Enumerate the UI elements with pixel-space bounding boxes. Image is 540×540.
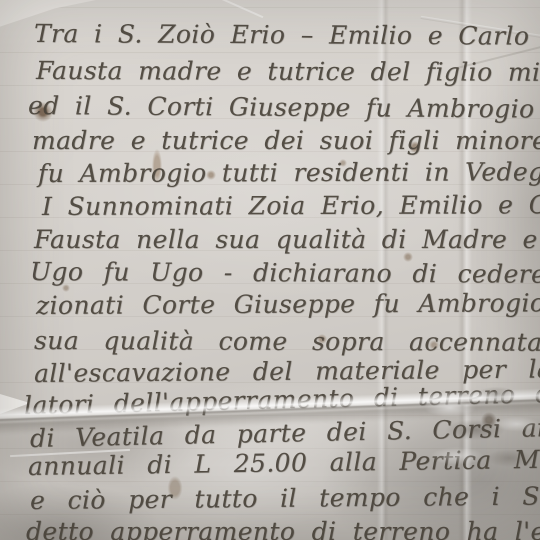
- handwritten-line: ed il S. Corti Giuseppe fu Ambrogio in p…: [28, 89, 540, 127]
- handwritten-line: Fausta nella sua qualità di Madre e tutr…: [34, 223, 540, 256]
- manuscript-photo: Tra i S. Zoiò Erio – Emilio e Carlo frat…: [0, 0, 540, 540]
- handwritten-line: I Sunnominati Zoia Erio, Emilio e Carlo …: [42, 187, 540, 223]
- handwritten-line: fu Ambrogio tutti residenti in Vedeggio,…: [38, 154, 540, 190]
- handwritten-line: madre e tutrice dei suoi figli minorenni…: [32, 124, 540, 157]
- handwritten-line: detto apperramento di terreno ha l'escav…: [26, 515, 540, 540]
- handwritten-line: zionati Corte Giuseppe fu Ambrogio e la …: [36, 285, 540, 322]
- handwritten-line: e ciò per tutto il tempo che i S. Zoià: [30, 477, 540, 517]
- handwritten-line: Fausta madre e tutrice del figlio minore…: [36, 54, 540, 90]
- handwritten-line: Tra i S. Zoiò Erio – Emilio e Carlo frat…: [34, 17, 540, 54]
- crumple-texture: [405, 370, 540, 480]
